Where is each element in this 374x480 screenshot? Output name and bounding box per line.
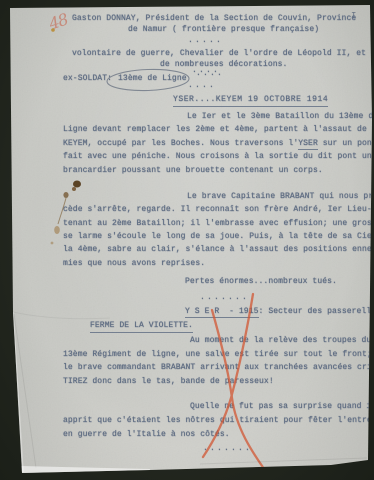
dots-separator: ....... (203, 444, 252, 454)
typed-line: le brave commandant BRABANT arrivant aux… (63, 363, 374, 373)
typed-line: en guerre de l'Italie à nos côtés. (63, 430, 230, 440)
section-title-yser-1915: Y S E R - 1915: Secteur des passerelles, (185, 307, 374, 317)
typed-line: apprit que c'étaient les nôtres qui tira… (63, 416, 374, 426)
typed-line: se larme s'écoule le long de sa joue. Pu… (63, 232, 372, 242)
ex-soldat-label: ex-SOLDAT: (63, 74, 112, 83)
typed-line: Le brave Capitaine BRABANT qui nous pré- (187, 192, 374, 202)
dots-separator: .... (192, 66, 220, 76)
typed-line: Ligne devant remplacer les 2ème et 4ème,… (63, 125, 367, 135)
typed-line: mies que nous avons reprises. (63, 259, 205, 269)
dots-separator: .... (188, 81, 216, 91)
typed-line: fait avec une péniche. Nous croisons à l… (63, 152, 372, 162)
scanned-document: I 48 Gaston DONNAY, Président de la Sect… (0, 0, 374, 480)
typed-line-losses: Pertes énormes...nombreux tués. (185, 277, 337, 287)
underlined-word-yser: YSER (298, 139, 318, 150)
typed-line-author: Gaston DONNAY, Président de la Section d… (72, 14, 356, 24)
paper-sheet: I 48 Gaston DONNAY, Président de la Sect… (0, 0, 374, 480)
dots-separator: ....... (200, 293, 249, 303)
typed-line: KEYEM, occupé par les Boches. Nous trave… (63, 139, 374, 149)
typed-segment: KEYEM, occupé par les Boches. Nous trave… (63, 139, 298, 148)
typed-line: cède s'arrête, regarde. Il reconnaît son… (63, 205, 372, 215)
regiment-name: 13ème de Ligne (118, 74, 187, 83)
section-title-yser-1914: YSER....KEYEM 19 OCTOBRE 1914 (173, 95, 328, 107)
typed-line: Au moment de la relève des troupes du (190, 336, 371, 346)
typed-line: tenant au 2ème Bataillon; il l'embrasse … (63, 219, 374, 229)
typed-line: TIREZ donc dans le tas, bande de paresse… (63, 377, 274, 387)
typed-line: brancardier poussant une brouette conten… (63, 166, 323, 176)
dots-separator: ..... (188, 36, 223, 46)
typed-line: 13ème Régiment de ligne, une salve est t… (63, 350, 372, 360)
handwritten-red-mark: 48 (47, 10, 70, 34)
section-subtitle-ferme-violette: FERME DE LA VIOLETTE. (90, 321, 193, 333)
underlined-title-segment: Y S E R - 1915 (185, 307, 259, 318)
typed-line: la 4ème, sabre au clair, s'élance à l'as… (63, 245, 374, 255)
typed-line-ex-soldat: ex-SOLDAT:13ème de Ligne (63, 74, 187, 84)
typed-line-titles: volontaire de guerre, Chevalier de l'ord… (72, 49, 366, 59)
typed-segment: sur un pont (318, 139, 374, 148)
typed-line-author2: de Namur ( frontière presque française) (128, 25, 319, 35)
typed-line: Le Ier et le 3ème Bataillon du 13ème de (187, 112, 374, 122)
typed-line: Quelle ne fut pas sa surprise quand il (190, 402, 374, 412)
typed-segment: : Secteur des passerelles, (259, 307, 374, 316)
